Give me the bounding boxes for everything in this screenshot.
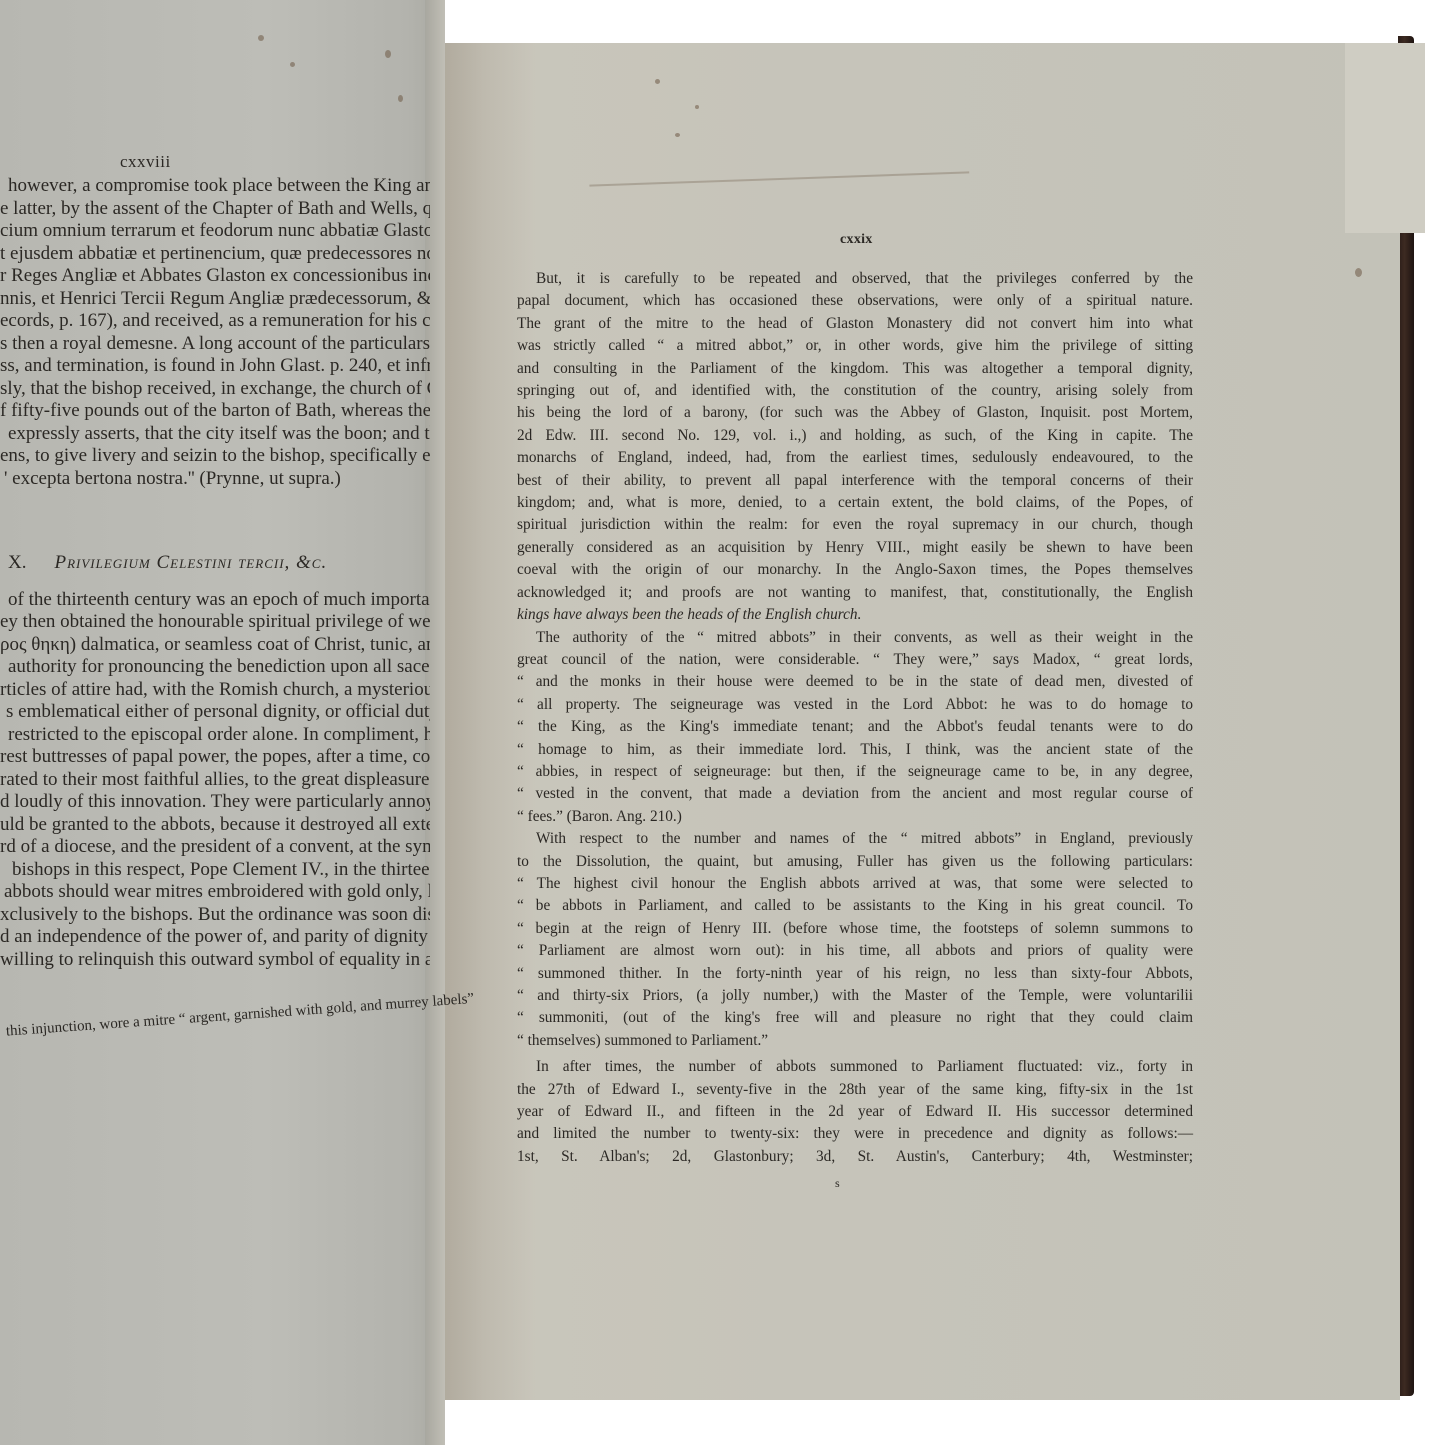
text-line: s emblematical either of personal dignit… [0, 701, 430, 724]
text-line: expressly asserts, that the city itself … [0, 423, 430, 446]
right-page-number: cxxix [840, 232, 873, 248]
foxing-spot [398, 95, 403, 102]
text-line: ' excepta bertona nostra.'' (Prynne, ut … [0, 468, 430, 491]
text-line: the 27th of Edward I., seventy-five in t… [517, 1079, 1193, 1101]
left-paragraph-2: of the thirteenth century was an epoch o… [0, 589, 430, 972]
text-line: was strictly called “ a mitred abbot,” o… [517, 335, 1193, 357]
text-line: abbots should wear mitres embroidered wi… [0, 881, 430, 904]
text-line: “ Parliament are almost worn out): in hi… [517, 940, 1193, 962]
foxing-spot [675, 133, 680, 137]
text-line: t ejusdem abbatiæ et pertinencium, quæ p… [0, 243, 430, 266]
text-line: however, a compromise took place between… [0, 175, 430, 198]
text-line: The grant of the mitre to the head of Gl… [517, 313, 1193, 335]
text-line: coeval with the origin of our monarchy. … [517, 559, 1193, 581]
text-line: papal document, which has occasioned the… [517, 290, 1193, 312]
text-line: “ be abbots in Parliament, and called to… [517, 895, 1193, 917]
text-line: s then a royal demesne. A long account o… [0, 333, 430, 356]
text-line: 1st, St. Alban's; 2d, Glastonbury; 3d, S… [517, 1146, 1193, 1168]
text-line: best of their ability, to prevent all pa… [517, 470, 1193, 492]
text-line: f fifty-five pounds out of the barton of… [0, 400, 430, 423]
text-line: d loudly of this innovation. They were p… [0, 791, 430, 814]
footnote: this injunction, wore a mitre “ argent, … [0, 991, 430, 1043]
text-line: r Reges Angliæ et Abbates Glaston ex con… [0, 265, 430, 288]
paragraph: But, it is carefully to be repeated and … [517, 268, 1193, 627]
signature-mark: s [835, 1176, 840, 1191]
text-line: bishops in this respect, Pope Clement IV… [0, 859, 430, 882]
foxing-spot [385, 50, 391, 58]
text-line: springing out of, and identified with, t… [517, 380, 1193, 402]
text-line: sly, that the bishop received, in exchan… [0, 378, 430, 401]
text-line: kingdom; and, what is more, denied, to a… [517, 492, 1193, 514]
text-line: “ and thirty-six Priors, (a jolly number… [517, 985, 1193, 1007]
text-line: nnis, et Henrici Tercii Regum Angliæ præ… [0, 288, 430, 311]
text-line: restricted to the episcopal order alone.… [0, 724, 430, 747]
text-line: ey then obtained the honourable spiritua… [0, 611, 430, 634]
text-line: ρος θηκη) dalmatica, or seamless coat of… [0, 634, 430, 657]
text-line: year of Edward II., and fifteen in the 2… [517, 1101, 1193, 1123]
foxing-spot [258, 35, 264, 41]
text-line: But, it is carefully to be repeated and … [517, 268, 1193, 290]
text-line: “ the King, as the King's immediate tena… [517, 716, 1193, 738]
left-page-number: cxxviii [120, 152, 171, 172]
section-title: Privilegium Celestini tercii, &c. [54, 552, 327, 575]
text-line: rticles of attire had, with the Romish c… [0, 679, 430, 702]
foxing-spot [290, 62, 295, 67]
text-line: “ summoned thither. In the forty-ninth y… [517, 963, 1193, 985]
text-line: spiritual jurisdiction within the realm:… [517, 514, 1193, 536]
text-line: ecords, p. 167), and received, as a remu… [0, 310, 430, 333]
foxing-spot [1355, 268, 1362, 277]
text-line: and consulting in the Parliament of the … [517, 358, 1193, 380]
text-line: “ homage to him, as their immediate lord… [517, 739, 1193, 761]
text-line: generally considered as an acquisition b… [517, 537, 1193, 559]
left-page-body: however, a compromise took place between… [0, 175, 430, 1044]
text-line: willing to relinquish this outward symbo… [0, 949, 430, 972]
text-line: “ all property. The seigneurage was vest… [517, 694, 1193, 716]
text-line: e latter, by the assent of the Chapter o… [0, 198, 430, 221]
book-binding [1398, 36, 1414, 1396]
text-line: his being the lord of a barony, (for suc… [517, 402, 1193, 424]
text-line: monarchs of England, indeed, had, from t… [517, 447, 1193, 469]
text-line: “ summoniti, (out of the king's free wil… [517, 1007, 1193, 1029]
text-line: In after times, the number of abbots sum… [517, 1056, 1193, 1078]
text-line: “ vested in the convent, that made a dev… [517, 783, 1193, 805]
text-line: rated to their most faithful allies, to … [0, 769, 430, 792]
text-line: rest buttresses of papal power, the pope… [0, 746, 430, 769]
paragraph: With respect to the number and names of … [517, 828, 1193, 1052]
text-line: kings have always been the heads of the … [517, 604, 1193, 626]
paragraph: In after times, the number of abbots sum… [517, 1056, 1193, 1168]
text-line: uld be granted to the abbots, because it… [0, 814, 430, 837]
text-line: With respect to the number and names of … [517, 828, 1193, 850]
text-line: “ The highest civil honour the English a… [517, 873, 1193, 895]
text-line: ens, to give livery and seizin to the bi… [0, 445, 430, 468]
paragraph: The authority of the “ mitred abbots” in… [517, 627, 1193, 829]
left-page: cxxviii however, a compromise took place… [0, 0, 443, 1445]
text-line: d an independence of the power of, and p… [0, 926, 430, 949]
text-line: 2d Edw. III. second No. 129, vol. i.,) a… [517, 425, 1193, 447]
text-line: xclusively to the bishops. But the ordin… [0, 904, 430, 927]
right-page-body: But, it is carefully to be repeated and … [517, 268, 1193, 1168]
text-line: great council of the nation, were consid… [517, 649, 1193, 671]
text-line: of the thirteenth century was an epoch o… [0, 589, 430, 612]
text-line: and limited the number to twenty-six: th… [517, 1123, 1193, 1145]
section-heading: X. Privilegium Celestini tercii, &c. [0, 552, 430, 575]
section-numeral: X. [8, 552, 26, 575]
text-line: to the Dissolution, the quaint, but amus… [517, 851, 1193, 873]
text-line: “ and the monks in their house were deem… [517, 671, 1193, 693]
text-line: “ themselves) summoned to Parliament.” [517, 1030, 1193, 1052]
torn-page-corner [1345, 43, 1425, 233]
text-line: ss, and termination, is found in John Gl… [0, 355, 430, 378]
text-line: “ begin at the reign of Henry III. (befo… [517, 918, 1193, 940]
text-line: acknowledged it; and proofs are not want… [517, 582, 1193, 604]
foxing-spot [695, 105, 699, 109]
text-line: “ fees.” (Baron. Ang. 210.) [517, 806, 1193, 828]
text-line: cium omnium terrarum et feodorum nunc ab… [0, 220, 430, 243]
text-line: rd of a diocese, and the president of a … [0, 836, 430, 859]
text-line: authority for pronouncing the benedictio… [0, 656, 430, 679]
text-line: The authority of the “ mitred abbots” in… [517, 627, 1193, 649]
text-line: “ abbies, in respect of seigneurage: but… [517, 761, 1193, 783]
foxing-spot [655, 79, 660, 84]
